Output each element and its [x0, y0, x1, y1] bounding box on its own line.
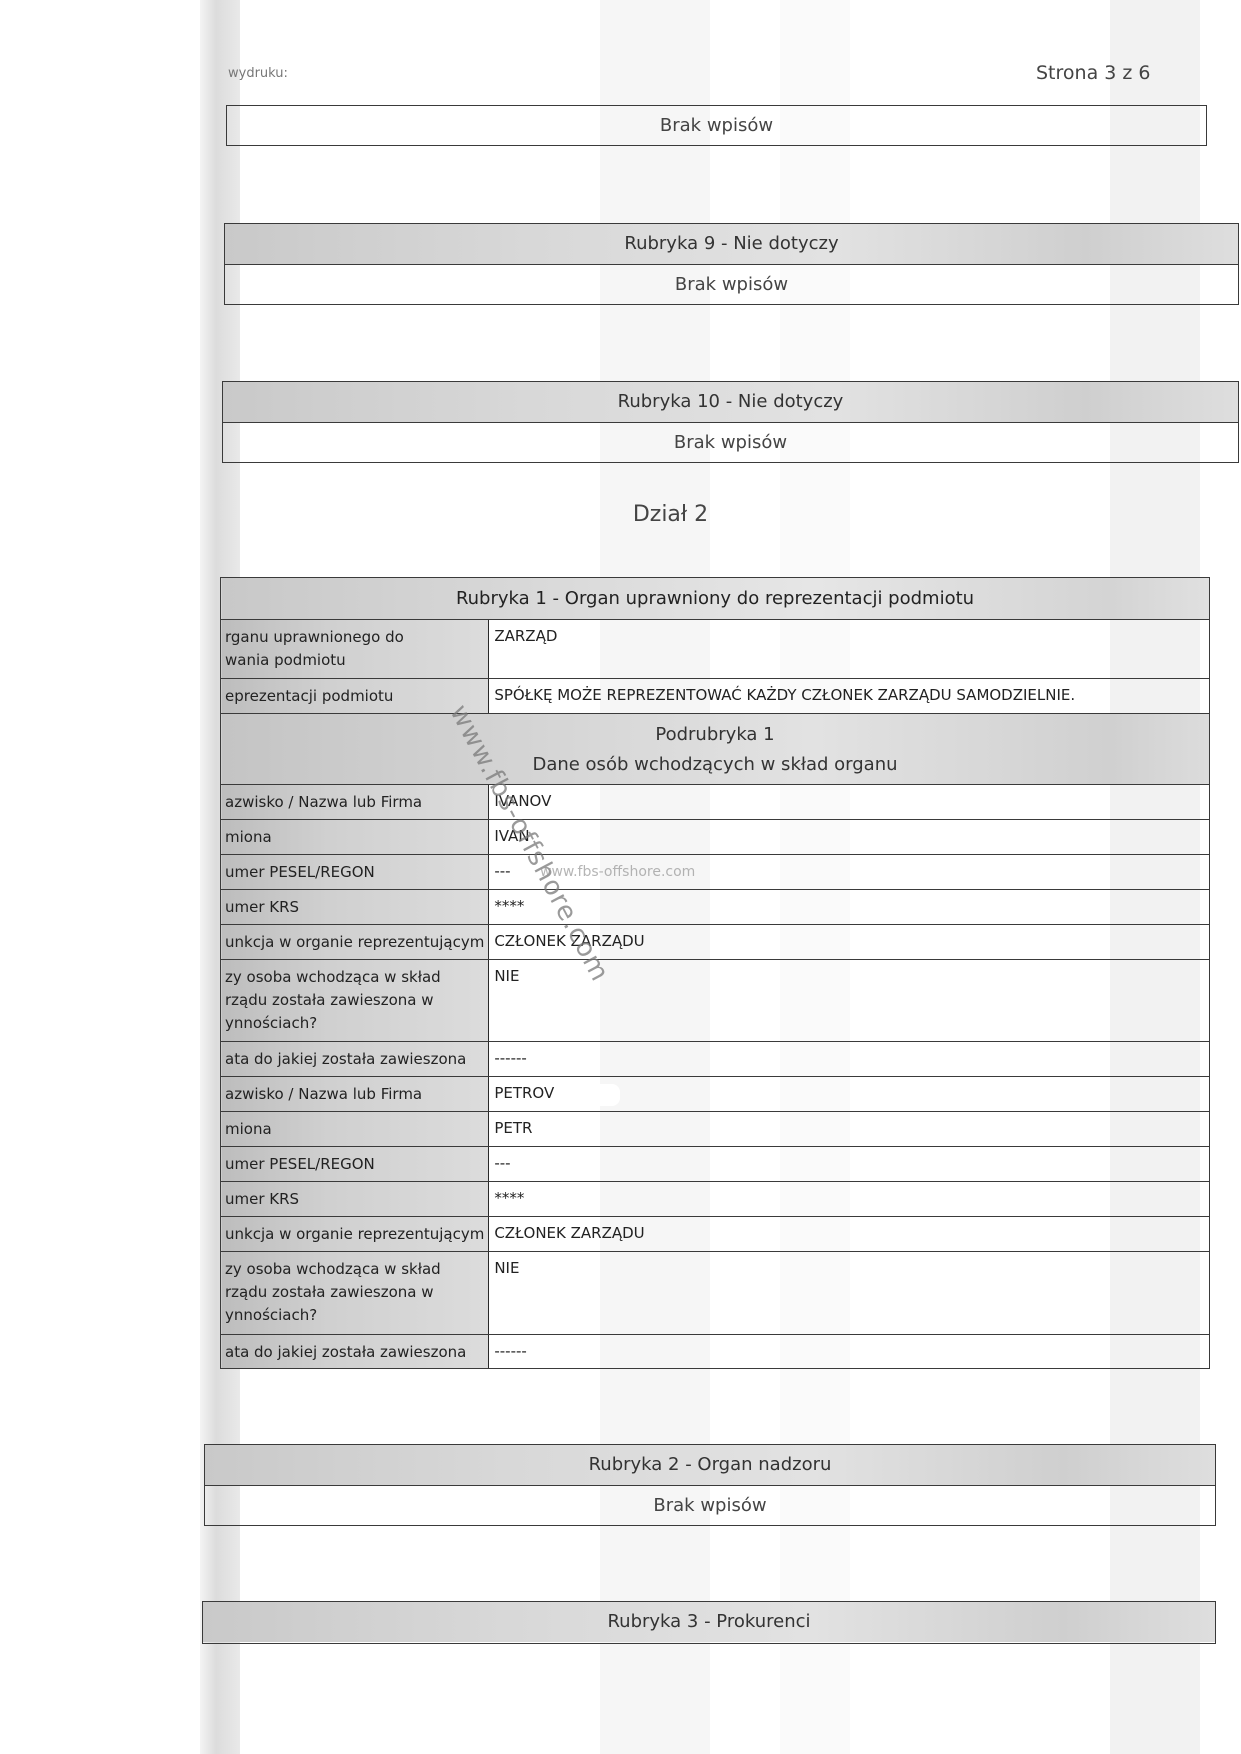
table-row: umer KRS **** — [221, 1182, 1210, 1217]
row-value: CZŁONEK ZARZĄDU — [489, 1217, 1210, 1252]
row-label: unkcja w organie reprezentującym — [221, 1217, 489, 1252]
row-value: PETR — [489, 1112, 1210, 1147]
row-label: umer PESEL/REGON — [221, 855, 489, 890]
row-label: umer PESEL/REGON — [221, 1147, 489, 1182]
section-rubryka-9: Rubryka 9 - Nie dotyczy Brak wpisów — [224, 223, 1239, 305]
table-row: eprezentacji podmiotu SPÓŁKĘ MOŻE REPREZ… — [221, 679, 1210, 714]
row-label: zy osoba wchodząca w skład rządu została… — [221, 1252, 489, 1335]
label-line: zy osoba wchodząca w skład — [225, 1258, 484, 1281]
section-title: Rubryka 10 - Nie dotyczy — [223, 382, 1238, 423]
section-rubryka-2: Rubryka 2 - Organ nadzoru Brak wpisów — [204, 1444, 1216, 1526]
redacted-area — [560, 1084, 620, 1106]
section-rubryka-3: Rubryka 3 - Prokurenci — [202, 1601, 1216, 1644]
row-label: unkcja w organie reprezentującym — [221, 925, 489, 960]
print-date-label: wydruku: — [228, 66, 288, 81]
rubryka-1-table: Rubryka 1 - Organ uprawniony do reprezen… — [220, 577, 1210, 1369]
row-value: --- — [489, 1147, 1210, 1182]
table-row: ata do jakiej została zawieszona ------ — [221, 1042, 1210, 1077]
row-label: eprezentacji podmiotu — [221, 679, 489, 714]
row-label: miona — [221, 1112, 489, 1147]
label-line: ynnościach? — [225, 1012, 484, 1035]
table-header-row: Rubryka 1 - Organ uprawniony do reprezen… — [221, 578, 1210, 620]
table-row: umer PESEL/REGON --- — [221, 855, 1210, 890]
section-content: Brak wpisów — [223, 423, 1238, 463]
subsection-title: Podrubryka 1 Dane osób wchodzących w skł… — [221, 714, 1210, 785]
label-line: zy osoba wchodząca w skład — [225, 966, 484, 989]
section-continued: Brak wpisów — [226, 105, 1207, 146]
row-value: ZARZĄD — [489, 620, 1210, 679]
table-row: miona PETR — [221, 1112, 1210, 1147]
subsection-line: Dane osób wchodzących w skład organu — [221, 750, 1209, 780]
row-value: **** — [489, 890, 1210, 925]
table-row: unkcja w organie reprezentującym CZŁONEK… — [221, 1217, 1210, 1252]
subsection-line: Podrubryka 1 — [221, 720, 1209, 750]
label-line: wania podmiotu — [225, 649, 484, 672]
row-label: rganu uprawnionego do wania podmiotu — [221, 620, 489, 679]
section-content: Brak wpisów — [227, 106, 1206, 146]
label-line: ynnościach? — [225, 1304, 484, 1327]
row-label: azwisko / Nazwa lub Firma — [221, 1077, 489, 1112]
label-line: rządu została zawieszona w — [225, 1281, 484, 1304]
label-line: rządu została zawieszona w — [225, 989, 484, 1012]
row-value: SPÓŁKĘ MOŻE REPREZENTOWAĆ KAŻDY CZŁONEK … — [489, 679, 1210, 714]
row-value: ------ — [489, 1042, 1210, 1077]
table-row: umer KRS **** — [221, 890, 1210, 925]
row-label: azwisko / Nazwa lub Firma — [221, 785, 489, 820]
table-row: rganu uprawnionego do wania podmiotu ZAR… — [221, 620, 1210, 679]
page-indicator: Strona 3 z 6 — [1036, 62, 1150, 84]
row-label: ata do jakiej została zawieszona — [221, 1335, 489, 1369]
label-line: rganu uprawnionego do — [225, 626, 484, 649]
section-title: Rubryka 9 - Nie dotyczy — [225, 224, 1238, 265]
row-value: IVANOV — [489, 785, 1210, 820]
table-row: zy osoba wchodząca w skład rządu została… — [221, 1252, 1210, 1335]
row-value: **** — [489, 1182, 1210, 1217]
table-title: Rubryka 1 - Organ uprawniony do reprezen… — [221, 578, 1210, 620]
row-label: umer KRS — [221, 890, 489, 925]
row-label: umer KRS — [221, 1182, 489, 1217]
row-value: IVAN — [489, 820, 1210, 855]
table-row: unkcja w organie reprezentującym CZŁONEK… — [221, 925, 1210, 960]
subsection-header-row: Podrubryka 1 Dane osób wchodzących w skł… — [221, 714, 1210, 785]
row-value: ------ — [489, 1335, 1210, 1369]
row-label: ata do jakiej została zawieszona — [221, 1042, 489, 1077]
table-row: azwisko / Nazwa lub Firma IVANOV — [221, 785, 1210, 820]
table-row: miona IVAN — [221, 820, 1210, 855]
table-row: umer PESEL/REGON --- — [221, 1147, 1210, 1182]
section-heading-dzial: Dział 2 — [0, 502, 1241, 527]
section-title: Rubryka 3 - Prokurenci — [203, 1602, 1215, 1642]
redacted-area — [300, 62, 535, 86]
row-value: NIE — [489, 1252, 1210, 1335]
row-label: zy osoba wchodząca w skład rządu została… — [221, 960, 489, 1042]
watermark-horizontal: www.fbs-offshore.com — [540, 864, 695, 880]
section-rubryka-10: Rubryka 10 - Nie dotyczy Brak wpisów — [222, 381, 1239, 463]
section-title: Rubryka 2 - Organ nadzoru — [205, 1445, 1215, 1486]
table-row: azwisko / Nazwa lub Firma PETROV — [221, 1077, 1210, 1112]
row-label: miona — [221, 820, 489, 855]
table-row: ata do jakiej została zawieszona ------ — [221, 1335, 1210, 1369]
table-row: zy osoba wchodząca w skład rządu została… — [221, 960, 1210, 1042]
section-content: Brak wpisów — [225, 265, 1238, 305]
section-content: Brak wpisów — [205, 1486, 1215, 1526]
